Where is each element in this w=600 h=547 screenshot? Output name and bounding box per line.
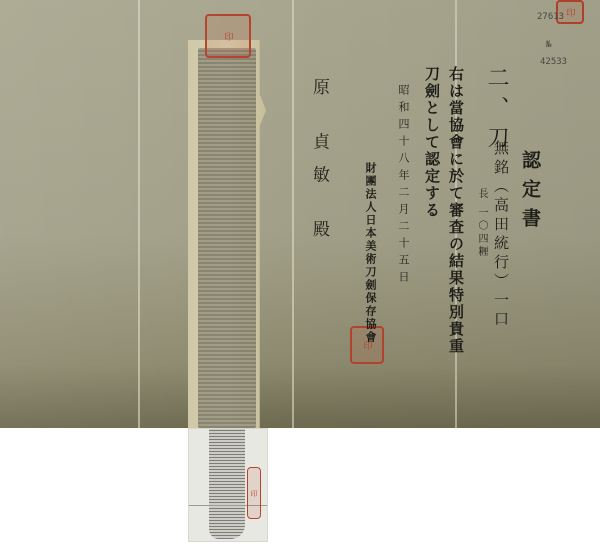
stamp-number: 27613 — [537, 12, 564, 22]
oshigata-tip-rubbing — [209, 429, 245, 539]
oshigata-blade-rubbing — [198, 48, 256, 428]
document-title: 認定書 — [520, 150, 539, 237]
item-number: 二、刀 — [485, 66, 507, 156]
certification-body-line-1: 右は當協會に於て審査の結果特別貴重 — [448, 66, 463, 355]
red-seal-top-center: 印 — [205, 14, 251, 58]
recipient-name: 原 貞敏 殿 — [310, 78, 327, 253]
red-seal-top-right: 印 — [556, 0, 584, 24]
blade-length: 長 一〇四糎 — [476, 188, 486, 259]
oshigata-red-seal: 印 — [247, 467, 261, 519]
fold-line — [138, 0, 140, 428]
issuer-red-seal: 印 — [350, 326, 384, 364]
oshigata-mount-tape — [188, 40, 266, 430]
pencil-note: № — [546, 40, 551, 50]
certificate-paper: 印 印 印 27613 № 42533 認定書 二、刀 無銘（高田統行）一口 長… — [0, 0, 600, 428]
oshigata-tip-sheet: 印 — [188, 428, 268, 542]
fold-line — [292, 0, 294, 428]
signature-line: 無銘（高田統行）一口 — [493, 140, 508, 330]
issue-date: 昭和四十八年二月二十五日 — [398, 84, 409, 288]
issuing-association: 財團法人日本美術刀劍保存協會 — [365, 162, 376, 344]
pencil-note-number: 42533 — [540, 57, 567, 67]
certification-body-line-2: 刀劍として認定する — [424, 66, 439, 219]
fold-line — [455, 0, 457, 428]
